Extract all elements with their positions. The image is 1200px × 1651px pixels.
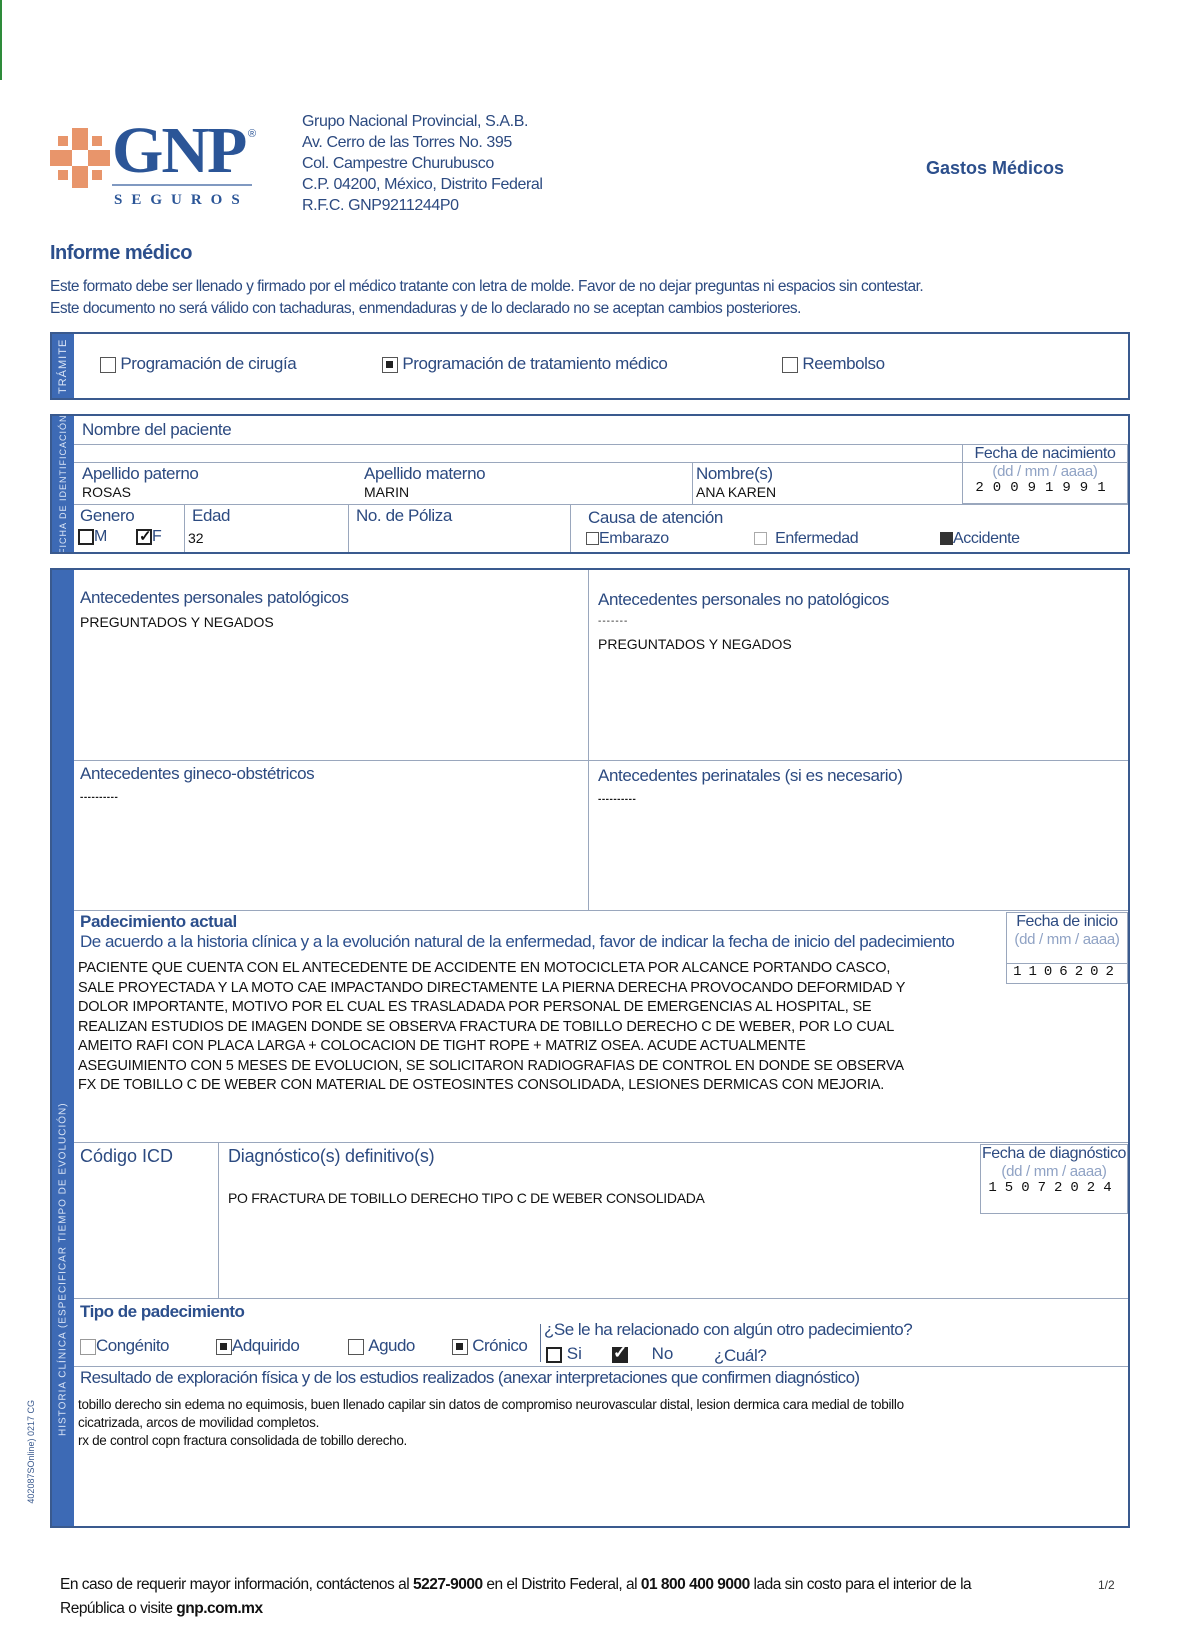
tipo-congenito[interactable]: Congénito: [80, 1336, 169, 1356]
nombres-value[interactable]: ANA KAREN: [696, 484, 776, 500]
aperi-value[interactable]: ----------: [598, 794, 636, 805]
apellido-paterno-label: Apellido paterno: [82, 464, 198, 484]
identificacion-side-label: FICHA DE IDENTIFICACIÓN: [52, 416, 74, 552]
checkbox[interactable]: [100, 357, 116, 373]
gnp-cross-icon: [50, 128, 110, 188]
checkbox[interactable]: [754, 532, 767, 545]
app-value[interactable]: PREGUNTADOS Y NEGADOS: [80, 614, 274, 630]
page-number: 1/2: [1098, 1578, 1115, 1592]
checkbox[interactable]: [348, 1339, 364, 1355]
apellido-materno-label: Apellido materno: [364, 464, 485, 484]
option-reembolso[interactable]: Reembolso: [782, 354, 885, 374]
ago-label: Antecedentes gineco-obstétricos: [80, 764, 314, 784]
address-line: Av. Cerro de las Torres No. 395: [302, 132, 543, 153]
address-line: Col. Campestre Churubusco: [302, 153, 543, 174]
checkbox[interactable]: [546, 1347, 562, 1363]
padecimiento-label: Padecimiento actual: [80, 912, 237, 932]
date-format-hint: (dd / mm / aaaa): [1007, 931, 1127, 948]
fecha-inicio-value-box: 1106202: [1006, 964, 1128, 984]
causa-atencion-label: Causa de atención: [588, 508, 723, 528]
checkbox[interactable]: [586, 532, 599, 545]
fecha-diagnostico-value[interactable]: 15072024: [981, 1180, 1127, 1196]
brand-name: GNP: [112, 118, 245, 184]
padecimiento-text[interactable]: PACIENTE QUE CUENTA CON EL ANTECEDENTE D…: [78, 959, 905, 1096]
checkbox-checked[interactable]: [940, 532, 953, 545]
fecha-nacimiento-label: Fecha de nacimiento: [963, 445, 1127, 463]
gnp-logo: GNP ® SEGUROS: [50, 120, 260, 210]
resultado-label: Resultado de exploración física y de los…: [80, 1368, 860, 1388]
causa-embarazo[interactable]: Embarazo: [586, 530, 669, 548]
phone-df[interactable]: 5227-9000: [413, 1576, 483, 1593]
diagnostico-value[interactable]: PO FRACTURA DE TOBILLO DERECHO TIPO C DE…: [228, 1190, 705, 1206]
genero-f-option[interactable]: F: [136, 528, 162, 546]
tipo-cronico[interactable]: Crónico: [452, 1336, 527, 1356]
relacionado-question: ¿Se le ha relacionado con algún otro pad…: [544, 1320, 912, 1340]
form-code: 402087SOnline) 0217 CG: [26, 1400, 36, 1504]
nombres-label: Nombre(s): [696, 464, 773, 484]
fecha-inicio-value[interactable]: 1106202: [1007, 964, 1127, 980]
address-line: Grupo Nacional Provincial, S.A.B.: [302, 111, 543, 132]
checkbox-checked[interactable]: [382, 357, 398, 373]
edad-label: Edad: [192, 506, 230, 526]
website-link[interactable]: gnp.com.mx: [176, 1600, 262, 1617]
form-title: Informe médico: [50, 242, 192, 265]
identificacion-section: FICHA DE IDENTIFICACIÓN Nombre del pacie…: [50, 414, 1130, 554]
option-programacion-tratamiento[interactable]: Programación de tratamiento médico: [382, 354, 667, 374]
fecha-inicio-box: Fecha de inicio (dd / mm / aaaa): [1006, 912, 1128, 964]
instruction-line: Este formato debe ser llenado y firmado …: [50, 276, 923, 298]
checkbox[interactable]: [80, 1339, 96, 1355]
section-title: Gastos Médicos: [926, 158, 1064, 179]
historia-side-label: HISTORIA CLÍNICA (ESPECIFICAR TIEMPO DE …: [52, 570, 74, 1526]
footer-contact: En caso de requerir mayor información, c…: [60, 1573, 971, 1621]
tipo-padecimiento-label: Tipo de padecimiento: [80, 1302, 244, 1322]
registered-icon: ®: [248, 128, 256, 140]
fecha-diagnostico-label: Fecha de diagnóstico: [981, 1145, 1127, 1163]
form-instructions: Este formato debe ser llenado y firmado …: [50, 276, 923, 320]
phone-toll-free[interactable]: 01 800 400 9000: [641, 1576, 750, 1593]
nombre-paciente-label: Nombre del paciente: [82, 420, 231, 440]
relacionado-si[interactable]: Si: [546, 1344, 582, 1364]
tramite-section: TRÁMITE Programación de cirugía Programa…: [50, 332, 1130, 400]
instruction-line: Este documento no será válido con tachad…: [50, 298, 923, 320]
address-line: R.F.C. GNP9211244P0: [302, 195, 543, 216]
checkbox-checked[interactable]: [136, 529, 152, 545]
brand-sub: SEGUROS: [114, 192, 249, 209]
aperi-label: Antecedentes perinatales (si es necesari…: [598, 766, 903, 786]
app-label: Antecedentes personales patológicos: [80, 588, 349, 608]
checkbox-checked[interactable]: [452, 1339, 468, 1355]
checkbox[interactable]: [782, 357, 798, 373]
fecha-inicio-label: Fecha de inicio: [1007, 913, 1127, 931]
historia-clinica-section: HISTORIA CLÍNICA (ESPECIFICAR TIEMPO DE …: [50, 568, 1130, 1528]
tipo-agudo[interactable]: Agudo: [348, 1336, 415, 1356]
diagnostico-label: Diagnóstico(s) definitivo(s): [228, 1146, 434, 1167]
fecha-diagnostico-box: Fecha de diagnóstico (dd / mm / aaaa) 15…: [980, 1144, 1128, 1214]
scan-edge-mark: [0, 0, 2, 80]
genero-label: Genero: [80, 506, 134, 526]
edad-value[interactable]: 32: [188, 530, 204, 546]
apellido-materno-value[interactable]: MARIN: [364, 484, 409, 500]
fecha-nacimiento-value[interactable]: 20091991: [963, 480, 1127, 496]
ago-value[interactable]: ----------: [80, 792, 118, 803]
address-line: C.P. 04200, México, Distrito Federal: [302, 174, 543, 195]
tipo-adquirido[interactable]: Adquirido: [216, 1336, 299, 1356]
checkbox[interactable]: [78, 529, 94, 545]
apellido-paterno-value[interactable]: ROSAS: [82, 484, 131, 500]
date-format-hint: (dd / mm / aaaa): [981, 1163, 1127, 1180]
icd-label: Código ICD: [80, 1146, 173, 1167]
logo-divider: [112, 184, 252, 186]
apnp-label: Antecedentes personales no patológicos: [598, 590, 889, 610]
poliza-label: No. de Póliza: [356, 506, 452, 526]
fecha-nacimiento-box: Fecha de nacimiento (dd / mm / aaaa) 200…: [962, 444, 1128, 504]
padecimiento-sub: De acuerdo a la historia clínica y a la …: [80, 932, 954, 952]
option-programacion-cirugia[interactable]: Programación de cirugía: [100, 354, 296, 374]
cual-label: ¿Cuál?: [714, 1346, 766, 1366]
checkbox-checked[interactable]: [612, 1347, 628, 1363]
causa-enfermedad[interactable]: Enfermedad: [754, 530, 858, 548]
company-address: Grupo Nacional Provincial, S.A.B. Av. Ce…: [302, 111, 543, 216]
tramite-side-label: TRÁMITE: [52, 334, 74, 398]
apnp-dash: -------: [598, 616, 628, 627]
checkbox-checked[interactable]: [216, 1339, 232, 1355]
apnp-value[interactable]: PREGUNTADOS Y NEGADOS: [598, 636, 792, 652]
date-format-hint: (dd / mm / aaaa): [963, 463, 1127, 480]
causa-accidente[interactable]: Accidente: [940, 530, 1020, 548]
genero-m-option[interactable]: M: [78, 528, 107, 546]
relacionado-no[interactable]: No: [612, 1344, 673, 1364]
resultado-text[interactable]: tobillo derecho sin edema no equimosis, …: [78, 1396, 904, 1450]
